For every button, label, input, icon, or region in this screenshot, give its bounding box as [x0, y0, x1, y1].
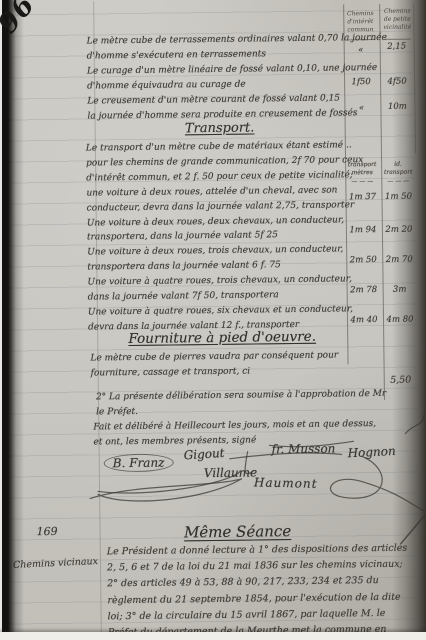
value-cell-tA4: 1m 37 — [344, 192, 380, 202]
book-binding-edge — [0, 0, 24, 640]
section-deliberation: 2° La présente délibération sera soumise… — [96, 387, 396, 421]
value-cell-v4a: 4m 40 — [346, 315, 382, 325]
section-terrassements: Le mètre cube de terrassements ordinaire… — [87, 31, 358, 124]
value-cell-v2a: 2m 50 — [345, 255, 381, 265]
page-body: Cheminsd'intérêtcommun Cheminsde petitev… — [0, 0, 426, 640]
section-fourniture: Le mètre cube de pierres vaudra par cons… — [90, 348, 356, 381]
value-cell-v1a: 1m 94 — [345, 225, 381, 235]
value-cell-r2a: 1f50 — [343, 77, 379, 87]
signature-musson: fr. Musson — [271, 442, 335, 457]
margin-item-number: 169 — [36, 525, 57, 538]
value-cell-tA2: mètres — [344, 169, 380, 176]
section-fourniture-heading: Fourniture à pied d'oeuvre. — [88, 328, 356, 347]
manuscript-scan: Cheminsd'intérêtcommun Cheminsde petitev… — [0, 0, 426, 640]
signature-gigout: Gigout — [183, 446, 225, 463]
section-meme-seance-heading: Même Séance — [107, 521, 367, 542]
value-cell-r1a: « — [343, 45, 379, 55]
scan-bottom-strip — [0, 632, 426, 640]
signature-villaume: Villaume — [204, 465, 258, 480]
signature-franz: B. Franz — [104, 453, 174, 472]
value-cell-v3a: 2m 78 — [346, 285, 382, 295]
section-lecture: Le Président a donné lecture à 1° des di… — [107, 541, 414, 640]
section-transport: Le transport d'un mètre cube de matériau… — [86, 138, 356, 335]
signature-hognon: Hognon — [347, 444, 396, 460]
value-cell-tA1: transport — [344, 161, 380, 168]
page-right-edge-shadow — [392, 0, 426, 640]
value-cell-r3a: « — [343, 103, 379, 113]
value-cell-tA3: — — — — [344, 178, 380, 185]
signature-haumont: Haumont — [254, 475, 318, 490]
